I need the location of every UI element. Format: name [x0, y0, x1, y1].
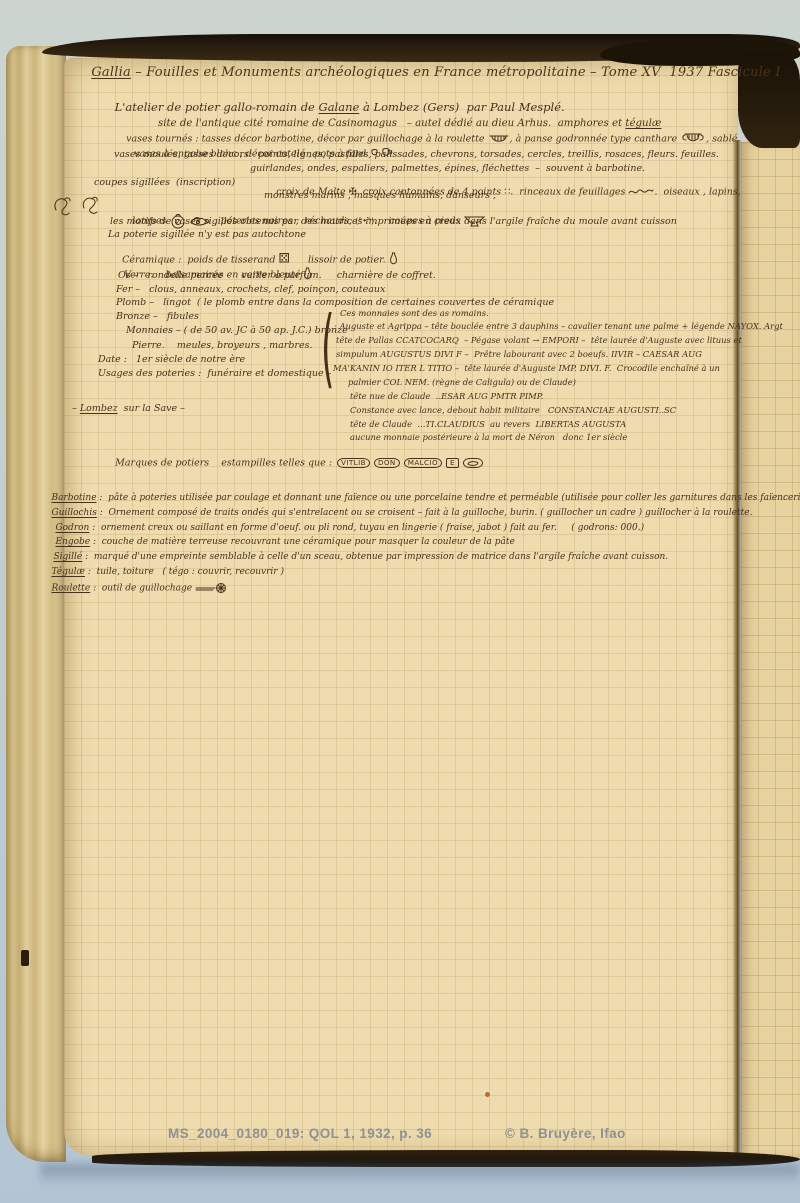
stain [485, 1092, 490, 1097]
canthare-sketch-icon [680, 132, 706, 146]
gutter-crease [733, 140, 741, 1158]
stamp-e: E [446, 458, 459, 468]
line-lombez: – Lombez sur la Save – [60, 394, 185, 425]
coin-line: aucune monnaie postérieure à la mort de … [350, 433, 627, 442]
glossary-entry: Roulette : outil de guillochage [40, 572, 229, 604]
line-usages: Usages des poteries : funéraire et domes… [98, 369, 331, 379]
line-autochtone: La poterie sigillée n'y est pas autochto… [108, 230, 306, 240]
line-monstres: monstres marins , masques humains, danse… [264, 191, 496, 201]
coin-line: Ces monnaies sont des as romains. [340, 309, 489, 318]
title-rest: – Fouilles et Monuments archéologiques e… [131, 65, 781, 80]
line-date: Date : 1er siècle de notre ère [98, 355, 245, 365]
footer-credit: © B. Bruyère, Ifao [505, 1126, 626, 1141]
line-os: Os – rondelle percée cuiller à parfum. c… [118, 271, 436, 281]
stain [21, 950, 29, 966]
line-marques: Marques de potiers estampilles telles qu… [103, 448, 485, 480]
rinceaux-sketch-icon [628, 187, 654, 197]
coin-line: simpulum AUGUSTUS DIVI F – Prêtre labour… [336, 350, 702, 359]
stamp-foot-icon [463, 458, 483, 468]
coin-line: MA'KANIN IO ITER L TITIO – tête laurée d… [333, 364, 720, 373]
line-vases-moules: vases moulés, tasses décors: points, lig… [114, 150, 719, 160]
line-pierre: Pierre. meules, broyeurs , marbres. [132, 341, 312, 351]
line-bronze: Bronze – fibules [116, 312, 199, 322]
facing-page [741, 142, 800, 1158]
coin-line: tête de Pallas CCATCOCARQ – Pégase volan… [336, 336, 742, 345]
title-word: Gallia [91, 65, 131, 80]
coin-line: palmier COL NEM. (règne de Caligula) ou … [348, 378, 576, 387]
line-coupes-label: coupes sigillées (inscription) [94, 178, 235, 188]
book-shadow [40, 1164, 800, 1186]
lamps-margin-sketch-icon [50, 192, 110, 220]
footer-id: MS_2004_0180_019: QOL 1, 1932, p. 36 [168, 1126, 432, 1141]
roulette-tool-sketch-icon [195, 582, 229, 594]
line-motifs: les motifs de vases sigillés obtenus par… [110, 217, 677, 227]
stamp-don: DON [374, 458, 400, 468]
line-monnaies: Monnaies – ( de 50 av. JC à 50 ap. J.C.)… [126, 326, 348, 336]
line-plomb: Plomb – lingot ( le plomb entre dans la … [116, 298, 554, 308]
scanned-notebook-page: Gallia – Fouilles et Monuments archéolog… [0, 0, 800, 1203]
coin-line: Constance avec lance, debout habit milit… [350, 406, 676, 415]
line-fer: Fer – clous, anneaux, crochets, clef, po… [116, 285, 385, 295]
coin-line: tête de Claude ...TI.CLAUDIUS au revers … [350, 420, 626, 429]
bottle-sketch-icon [389, 252, 398, 268]
stamp-malcio: MALCIO [404, 458, 442, 468]
roulette-bowl-sketch-icon [488, 133, 510, 145]
coin-line: tête nue de Claude ..ESAR AUG PMTR PIMP. [350, 392, 543, 401]
coin-line: : Auguste et Agrippa – tête bouclée entr… [334, 322, 783, 331]
stamp-vitlib: VITLIB [337, 458, 370, 468]
line-guirlandes: guirlandes, ondes, espaliers, palmettes,… [250, 164, 645, 174]
brace: ( [321, 310, 334, 387]
